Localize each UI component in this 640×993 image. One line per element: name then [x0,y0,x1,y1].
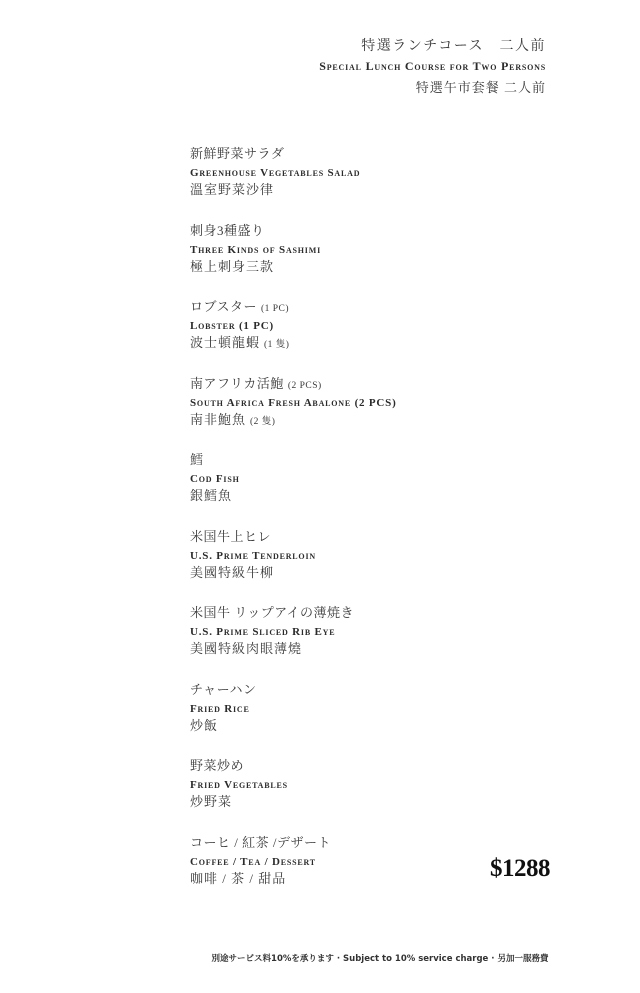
item-japanese-text: チャーハン [190,682,256,697]
item-name-japanese: 野菜炒め [190,758,397,776]
menu-item: 米国牛上ヒレ U.S. Prime Tenderloin 美國特級牛柳 [190,529,397,606]
item-chinese-text: 炒飯 [190,718,218,733]
item-japanese-portion-note: (2 PCS) [288,381,322,391]
header-title-japanese: 特選ランチコース 二人前 [319,35,546,55]
item-japanese-text: 刺身3種盛り [190,223,265,238]
item-japanese-text: 南アフリカ活鮑 [190,376,284,391]
item-japanese-text: 新鮮野菜サラダ [190,146,284,161]
item-chinese-text: 咖啡 / 茶 / 甜品 [190,871,286,886]
item-name-chinese: 銀鱈魚 [190,488,397,506]
header-title-chinese: 特選午市套餐 二人前 [319,77,546,96]
item-name-japanese: 新鮮野菜サラダ [190,146,397,164]
menu-sheet: 特選ランチコース 二人前 Special Lunch Course for Tw… [0,0,640,993]
item-chinese-text: 銀鱈魚 [190,488,232,503]
course-price: $1288 [490,855,550,883]
item-chinese-text: 美國特級肉眼薄燒 [190,641,302,656]
menu-item: 新鮮野菜サラダ Greenhouse Vegetables Salad 溫室野菜… [190,146,397,223]
item-name-english: Fried Vegetables [190,779,397,792]
item-name-chinese: 美國特級肉眼薄燒 [190,641,397,659]
item-name-japanese: 鱈 [190,452,397,470]
item-name-japanese: 刺身3種盛り [190,223,397,241]
menu-header: 特選ランチコース 二人前 Special Lunch Course for Tw… [319,35,546,96]
item-name-english: Greenhouse Vegetables Salad [190,167,397,180]
item-chinese-text: 炒野菜 [190,794,232,809]
item-name-english: Fried Rice [190,703,397,716]
item-name-english: South Africa Fresh Abalone (2 PCS) [190,397,397,410]
item-name-english: U.S. Prime Tenderloin [190,550,397,563]
item-name-english: Cod Fish [190,473,397,486]
item-name-japanese: 南アフリカ活鮑(2 PCS) [190,376,397,394]
header-title-english: Special Lunch Course for Two Persons [319,59,546,74]
item-japanese-text: コーヒ / 紅茶 /デザート [190,835,331,850]
menu-item: ロブスター(1 PC) Lobster (1 PC) 波士頓龍蝦(1 隻) [190,299,397,376]
item-chinese-text: 南非鮑魚 [190,412,246,427]
item-name-english: Coffee / Tea / Dessert [190,856,397,869]
item-name-japanese: ロブスター(1 PC) [190,299,397,317]
item-name-chinese: 咖啡 / 茶 / 甜品 [190,871,397,889]
item-name-english: Three Kinds of Sashimi [190,244,397,257]
item-name-chinese: 溫室野菜沙律 [190,182,397,200]
item-name-japanese: チャーハン [190,682,397,700]
menu-item: 鱈 Cod Fish 銀鱈魚 [190,452,397,529]
item-japanese-portion-note: (1 PC) [261,304,289,314]
item-name-chinese: 南非鮑魚(2 隻) [190,412,397,430]
item-chinese-text: 極上刺身三款 [190,259,274,274]
item-name-chinese: 炒野菜 [190,794,397,812]
item-japanese-text: 米国牛上ヒレ [190,529,271,544]
menu-item: コーヒ / 紅茶 /デザート Coffee / Tea / Dessert 咖啡… [190,835,397,912]
item-name-chinese: 美國特級牛柳 [190,565,397,583]
item-name-japanese: 米国牛上ヒレ [190,529,397,547]
menu-item: 南アフリカ活鮑(2 PCS) South Africa Fresh Abalon… [190,376,397,453]
item-name-chinese: 極上刺身三款 [190,259,397,277]
menu-item: 野菜炒め Fried Vegetables 炒野菜 [190,758,397,835]
service-charge-note: 別途サービス料10%を承ります · Subject to 10% service… [212,952,549,964]
item-chinese-portion-note: (2 隻) [250,417,275,427]
item-chinese-text: 美國特級牛柳 [190,565,274,580]
menu-item: 刺身3種盛り Three Kinds of Sashimi 極上刺身三款 [190,223,397,300]
item-japanese-text: 米国牛 リップアイの薄焼き [190,605,354,620]
menu-item: チャーハン Fried Rice 炒飯 [190,682,397,759]
item-name-english: U.S. Prime Sliced Rib Eye [190,626,397,639]
item-name-chinese: 波士頓龍蝦(1 隻) [190,335,397,353]
item-name-japanese: コーヒ / 紅茶 /デザート [190,835,397,853]
menu-item: 米国牛 リップアイの薄焼き U.S. Prime Sliced Rib Eye … [190,605,397,682]
item-chinese-portion-note: (1 隻) [264,340,289,350]
item-name-japanese: 米国牛 リップアイの薄焼き [190,605,397,623]
menu-list: 新鮮野菜サラダ Greenhouse Vegetables Salad 溫室野菜… [190,146,397,911]
menu-page: { "page": { "background_color": "#ffffff… [0,0,640,993]
item-name-english: Lobster (1 PC) [190,320,397,333]
item-japanese-text: ロブスター [190,299,257,314]
item-chinese-text: 溫室野菜沙律 [190,182,274,197]
item-chinese-text: 波士頓龍蝦 [190,335,260,350]
item-japanese-text: 野菜炒め [190,758,244,773]
item-name-chinese: 炒飯 [190,718,397,736]
item-japanese-text: 鱈 [190,452,204,467]
